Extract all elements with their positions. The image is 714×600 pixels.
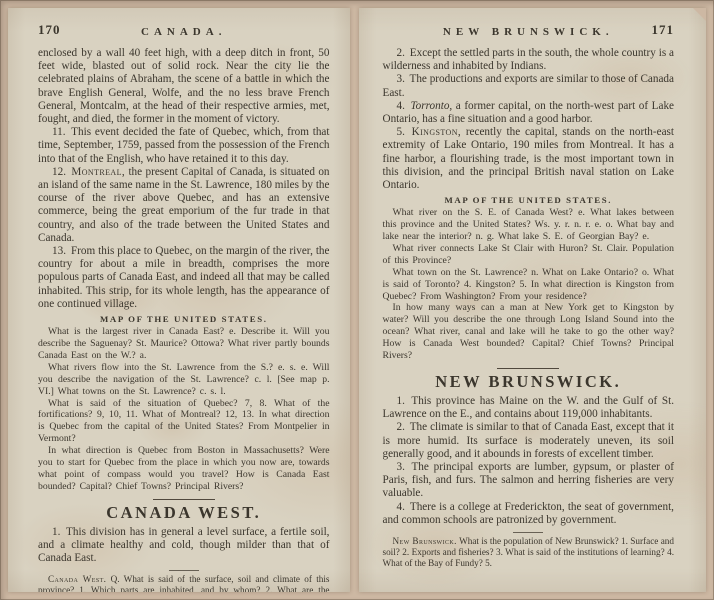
paragraph-text: The productions and exports are similar … <box>383 73 675 98</box>
paragraph-number: 12. <box>52 166 68 178</box>
question-paragraph: What river connects Lake St Clair with H… <box>383 243 675 267</box>
footnote: Canada West. Q. What is said of the surf… <box>38 574 330 592</box>
paragraph-5: 5. Kingston, recently the capital, stand… <box>383 126 675 192</box>
paragraph-text: This province has Maine on the W. and th… <box>383 395 675 420</box>
paragraph-text: The principal exports are lumber, gypsum… <box>383 461 675 499</box>
section-paragraph-2: 2. The climate is similar to that of Can… <box>383 421 675 461</box>
paragraph-4: 4. Torronto, a former capital, on the no… <box>383 100 675 126</box>
paragraph-number: 1. <box>397 395 407 407</box>
running-head-right: NEW BRUNSWICK. 171 <box>383 22 675 40</box>
section-paragraph-4: 4. There is a college at Frederickton, t… <box>383 501 675 527</box>
paragraph-number: 3. <box>397 73 407 85</box>
paragraph-text: The climate is similar to that of Canada… <box>383 421 675 459</box>
page-left: 170 CANADA. enclosed by a wall 40 feet h… <box>8 8 350 592</box>
italic-lead: Torronto, <box>410 100 452 112</box>
paragraph-number: 2. <box>397 421 407 433</box>
paragraph-3: 3. The productions and exports are simil… <box>383 73 675 99</box>
paragraph-text: enclosed by a wall 40 feet high, with a … <box>38 47 330 125</box>
paragraph-number: 1. <box>52 526 62 538</box>
question-paragraph: What is said of the situation of Quebec?… <box>38 398 330 446</box>
section-paragraph-3: 3. The principal exports are lumber, gyp… <box>383 461 675 501</box>
footnote-lead: Canada West. <box>48 574 106 584</box>
question-paragraph: What is the largest river in Canada East… <box>38 326 330 362</box>
question-paragraph: What rivers flow into the St. Lawrence f… <box>38 362 330 398</box>
footnote-lead: New Brunswick. <box>393 536 457 546</box>
section-heading-canada-west: CANADA WEST. <box>38 503 330 523</box>
paragraph-11: 11. This event decided the fate of Quebe… <box>38 126 330 166</box>
paragraph-number: 2. <box>397 47 407 59</box>
book-scan: 170 CANADA. enclosed by a wall 40 feet h… <box>0 0 714 600</box>
paragraph-number: 13. <box>52 245 68 257</box>
question-paragraph: In what direction is Quebec from Boston … <box>38 445 330 493</box>
paragraph-12: 12. Montreal, the present Capital of Can… <box>38 166 330 245</box>
page-number-left: 170 <box>38 22 61 38</box>
question-paragraph: What river on the S. E. of Canada West? … <box>383 207 675 243</box>
paragraph-number: 3. <box>397 461 407 473</box>
paragraph-continuation: enclosed by a wall 40 feet high, with a … <box>38 47 330 126</box>
question-paragraph: What town on the St. Lawrence? n. What o… <box>383 267 675 303</box>
section-divider-rule <box>153 499 215 500</box>
section-paragraph-1: 1. This province has Maine on the W. and… <box>383 395 675 421</box>
page-number-right: 171 <box>652 22 675 38</box>
paragraph-text: This event decided the fate of Quebec, w… <box>38 126 330 164</box>
paragraph-text: Except the settled parts in the south, t… <box>383 47 675 72</box>
map-questions-heading: MAP OF THE UNITED STATES. <box>383 195 675 205</box>
paragraph-text: This division has in general a level sur… <box>38 526 330 564</box>
section-divider-rule <box>497 368 559 369</box>
paragraph-13: 13. From this place to Quebec, on the ma… <box>38 245 330 311</box>
smallcaps-lead: Kingston, <box>412 126 461 138</box>
paragraph-2: 2. Except the settled parts in the south… <box>383 47 675 73</box>
running-title-left: CANADA. <box>141 26 226 38</box>
section-heading-new-brunswick: NEW BRUNSWICK. <box>383 372 675 392</box>
paragraph-number: 4. <box>397 501 407 513</box>
section-paragraph-1: 1. This division has in general a level … <box>38 526 330 566</box>
footnote-rule <box>169 570 199 571</box>
page-right: NEW BRUNSWICK. 171 2. Except the settled… <box>359 8 707 592</box>
running-head-left: 170 CANADA. <box>38 22 330 40</box>
paragraph-text: From this place to Quebec, on the margin… <box>38 245 330 310</box>
smallcaps-lead: Montreal, <box>71 166 125 178</box>
footnote: New Brunswick. What is the population of… <box>383 536 675 568</box>
paragraph-number: 11. <box>52 126 68 138</box>
running-title-right: NEW BRUNSWICK. <box>443 26 614 38</box>
paragraph-number: 4. <box>397 100 407 112</box>
question-paragraph: In how many ways can a man at New York g… <box>383 302 675 362</box>
paragraph-text: There is a college at Frederickton, the … <box>383 501 674 526</box>
footnote-rule <box>513 532 543 533</box>
map-questions-heading: MAP OF THE UNITED STATES. <box>38 314 330 324</box>
paragraph-number: 5. <box>397 126 407 138</box>
